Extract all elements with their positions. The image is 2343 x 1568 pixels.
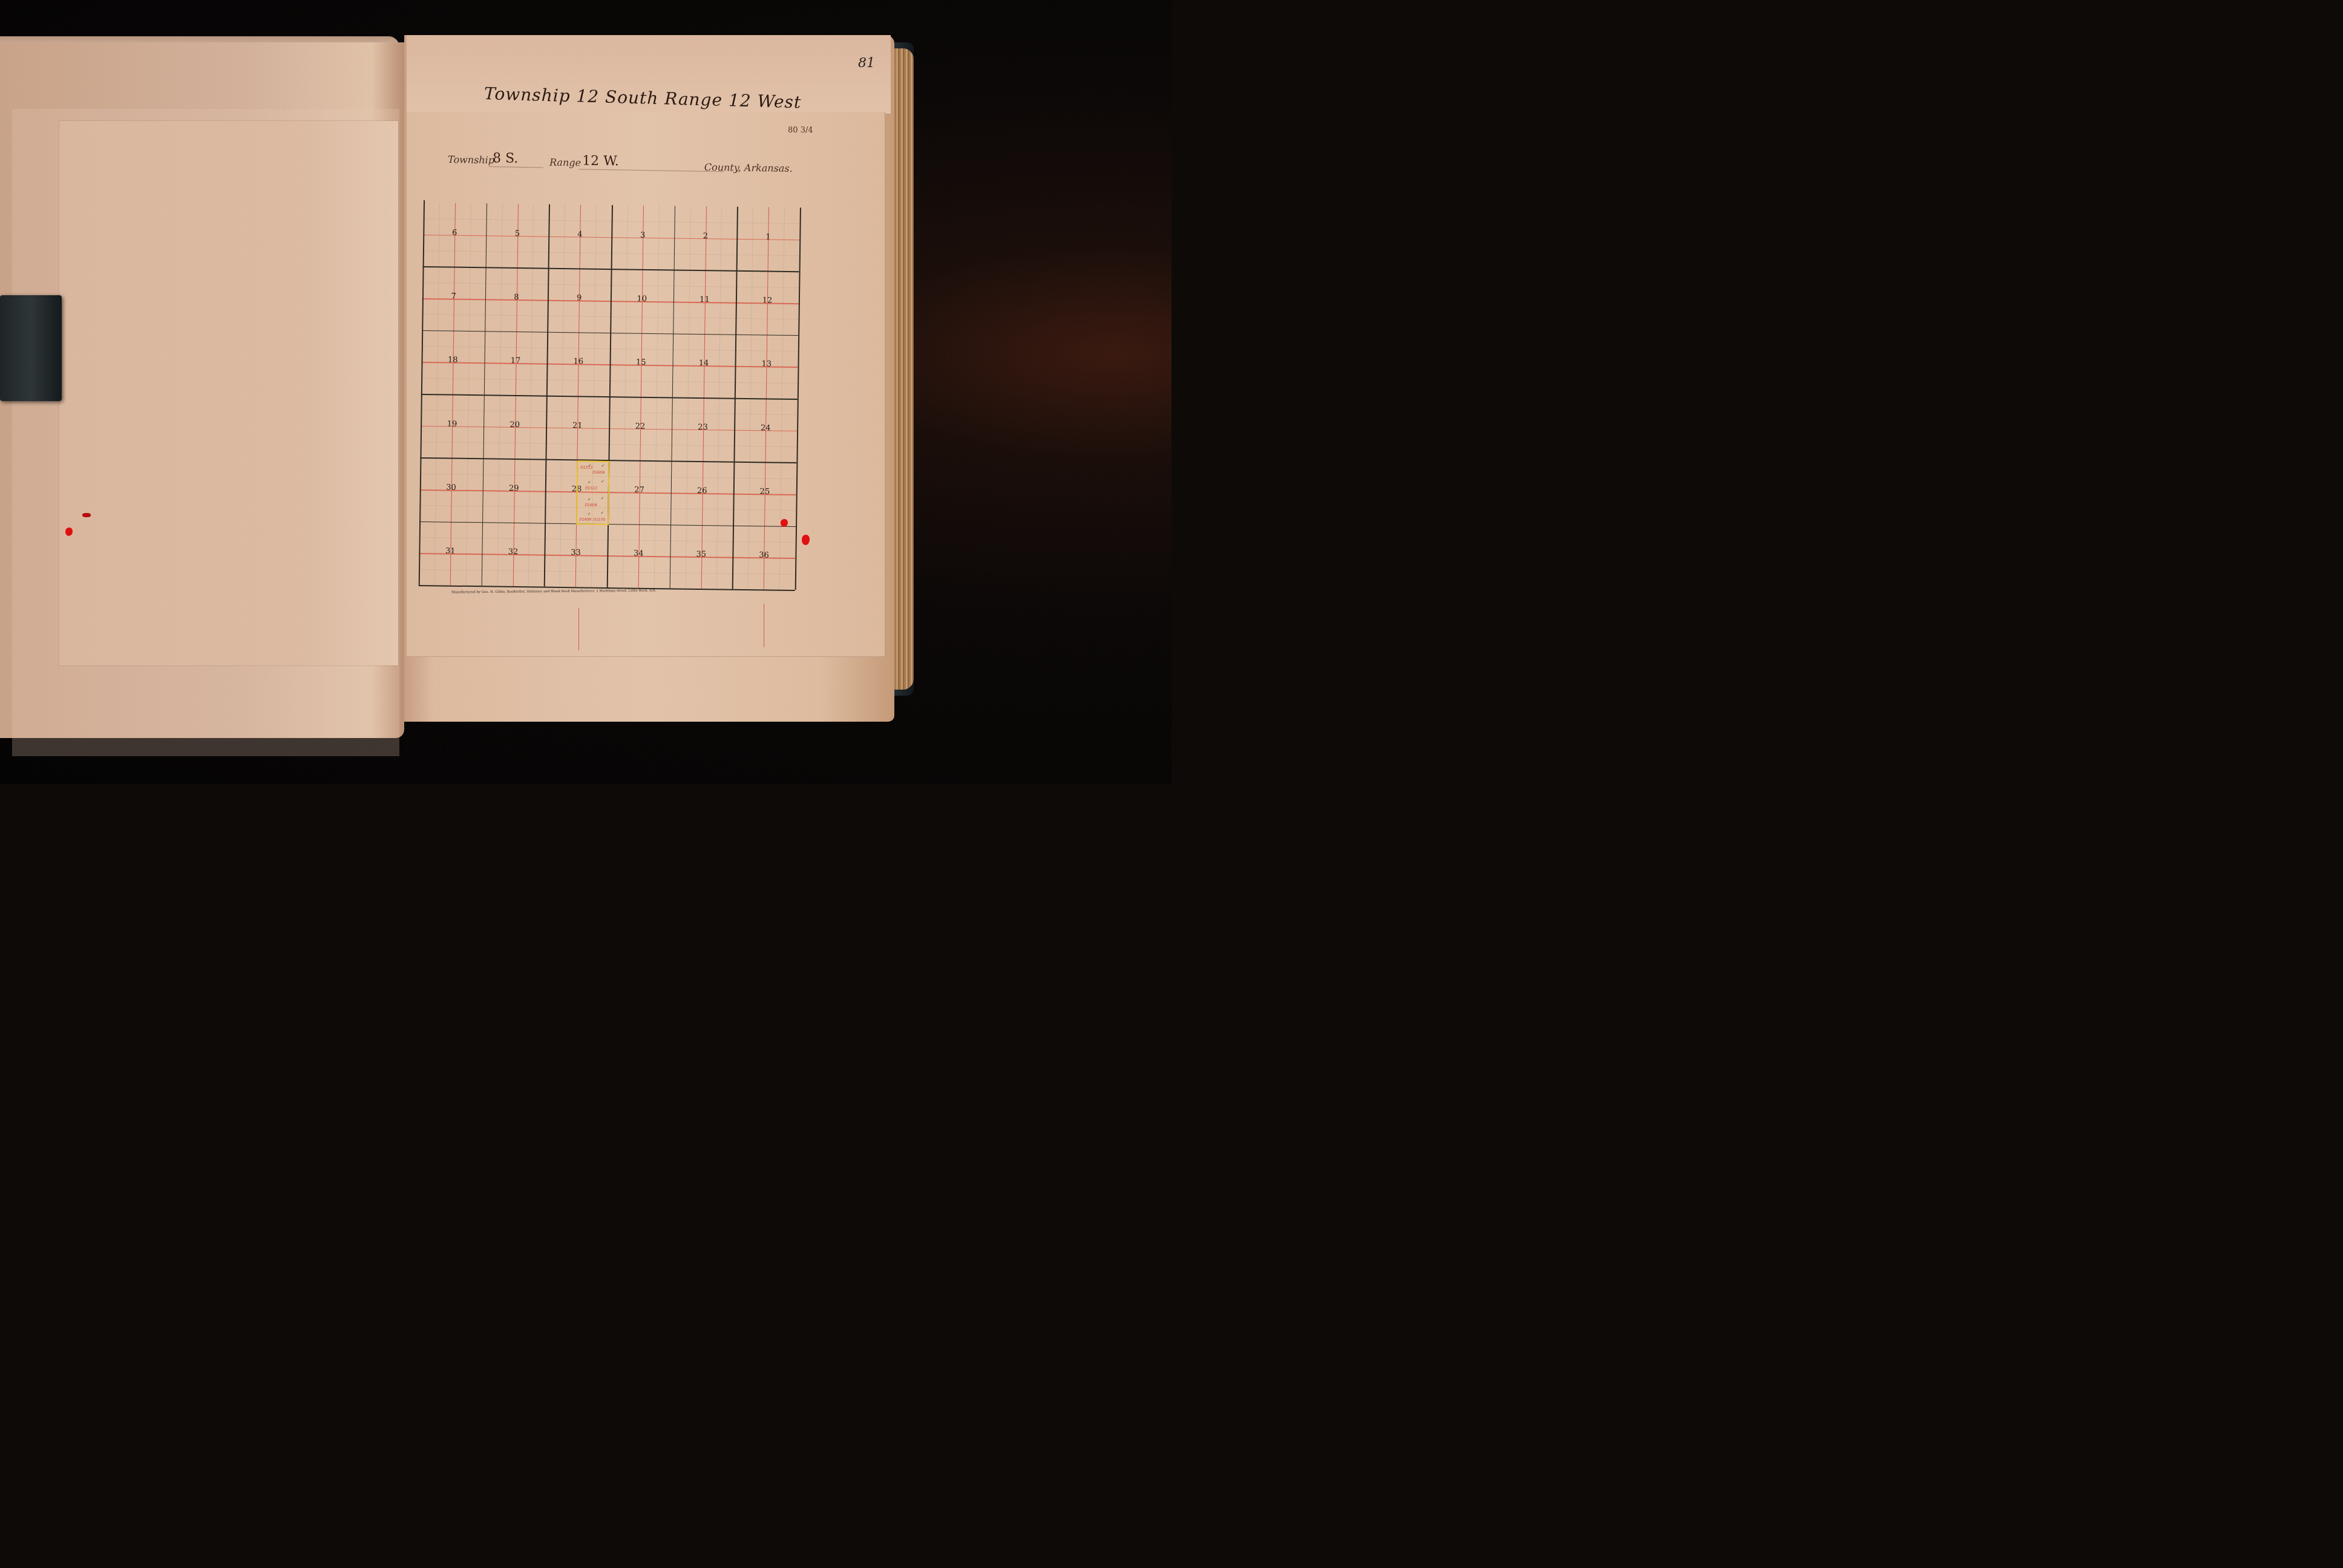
section-number-5: 5 bbox=[505, 229, 529, 238]
section-number-10: 10 bbox=[630, 294, 654, 304]
township-section-grid: 6543217891011121817161514131920212223243… bbox=[419, 203, 800, 590]
tract-entry: D1513 bbox=[585, 486, 597, 491]
section-number-9: 9 bbox=[567, 293, 591, 303]
section-number-27: 27 bbox=[628, 485, 652, 495]
section-number-2: 2 bbox=[693, 231, 718, 241]
range-value: 12 W. bbox=[582, 153, 619, 169]
red-wax-seal-icon bbox=[82, 513, 91, 517]
section-number-18: 18 bbox=[441, 356, 465, 365]
section-number-15: 15 bbox=[629, 358, 653, 368]
section-number-26: 26 bbox=[690, 486, 714, 496]
form-header: Township 8 S. Range 12 W. County, Arkans… bbox=[448, 150, 775, 179]
township-value: 8 S. bbox=[493, 151, 519, 166]
left-blank-form-sheet bbox=[59, 121, 398, 665]
section-number-13: 13 bbox=[755, 360, 779, 370]
check-mark-icon: ✓ bbox=[601, 496, 605, 501]
acreage-note: 80 3/4 bbox=[788, 126, 813, 135]
check-mark-icon: ✓ bbox=[601, 479, 605, 484]
section-number-29: 29 bbox=[502, 484, 526, 494]
section-number-34: 34 bbox=[626, 549, 650, 559]
section-number-11: 11 bbox=[692, 295, 716, 305]
section-number-24: 24 bbox=[753, 423, 778, 433]
section-number-21: 21 bbox=[565, 421, 589, 431]
section-number-1: 1 bbox=[756, 232, 780, 242]
page-number: 81 bbox=[858, 56, 875, 71]
township-label: Township bbox=[448, 154, 494, 166]
section-number-32: 32 bbox=[501, 547, 525, 557]
township-rule bbox=[489, 166, 543, 168]
check-mark-icon: ✓ bbox=[587, 512, 591, 517]
section-number-20: 20 bbox=[503, 420, 527, 430]
range-label: Range bbox=[549, 157, 581, 169]
section-number-19: 19 bbox=[440, 419, 464, 429]
check-mark-icon: ✓ bbox=[588, 463, 591, 468]
range-rule bbox=[578, 169, 724, 172]
margin-rule bbox=[578, 608, 579, 650]
check-mark-icon: ✓ bbox=[588, 497, 591, 502]
section-number-7: 7 bbox=[442, 292, 466, 301]
county-label: County, Arkansas. bbox=[704, 162, 793, 174]
section-number-3: 3 bbox=[631, 230, 655, 240]
section-number-33: 33 bbox=[564, 548, 588, 558]
section-number-14: 14 bbox=[692, 359, 716, 368]
check-mark-icon: ✓ bbox=[588, 480, 591, 485]
page-weight-clamp bbox=[0, 295, 62, 401]
section-number-30: 30 bbox=[439, 483, 464, 492]
section-number-4: 4 bbox=[568, 230, 592, 240]
tract-entry: D1609 bbox=[592, 471, 605, 475]
check-mark-icon: ✓ bbox=[600, 511, 604, 515]
section-number-35: 35 bbox=[689, 550, 713, 560]
section-number-22: 22 bbox=[628, 422, 652, 431]
document-photo: 81 Township 12 South Range 12 West 80 3/… bbox=[0, 0, 1171, 784]
margin-rule bbox=[764, 604, 764, 647]
section-number-12: 12 bbox=[755, 296, 779, 305]
check-mark-icon: ✓ bbox=[601, 463, 605, 468]
section-number-6: 6 bbox=[442, 228, 467, 238]
tract-entry: D1609 bbox=[579, 518, 591, 522]
tract-entry: D1609 bbox=[585, 503, 597, 508]
tract-entry: D1570 bbox=[593, 518, 605, 522]
section-number-36: 36 bbox=[752, 550, 776, 560]
section-28-east-half-highlight: D1513D1609D1513D1609D1609D1570✓✓✓✓✓✓✓✓ bbox=[576, 461, 609, 525]
section-number-25: 25 bbox=[753, 487, 777, 497]
section-number-23: 23 bbox=[691, 422, 715, 432]
section-number-17: 17 bbox=[503, 356, 528, 366]
section-number-16: 16 bbox=[566, 357, 591, 367]
section-number-31: 31 bbox=[438, 547, 462, 557]
section-number-8: 8 bbox=[504, 293, 528, 302]
